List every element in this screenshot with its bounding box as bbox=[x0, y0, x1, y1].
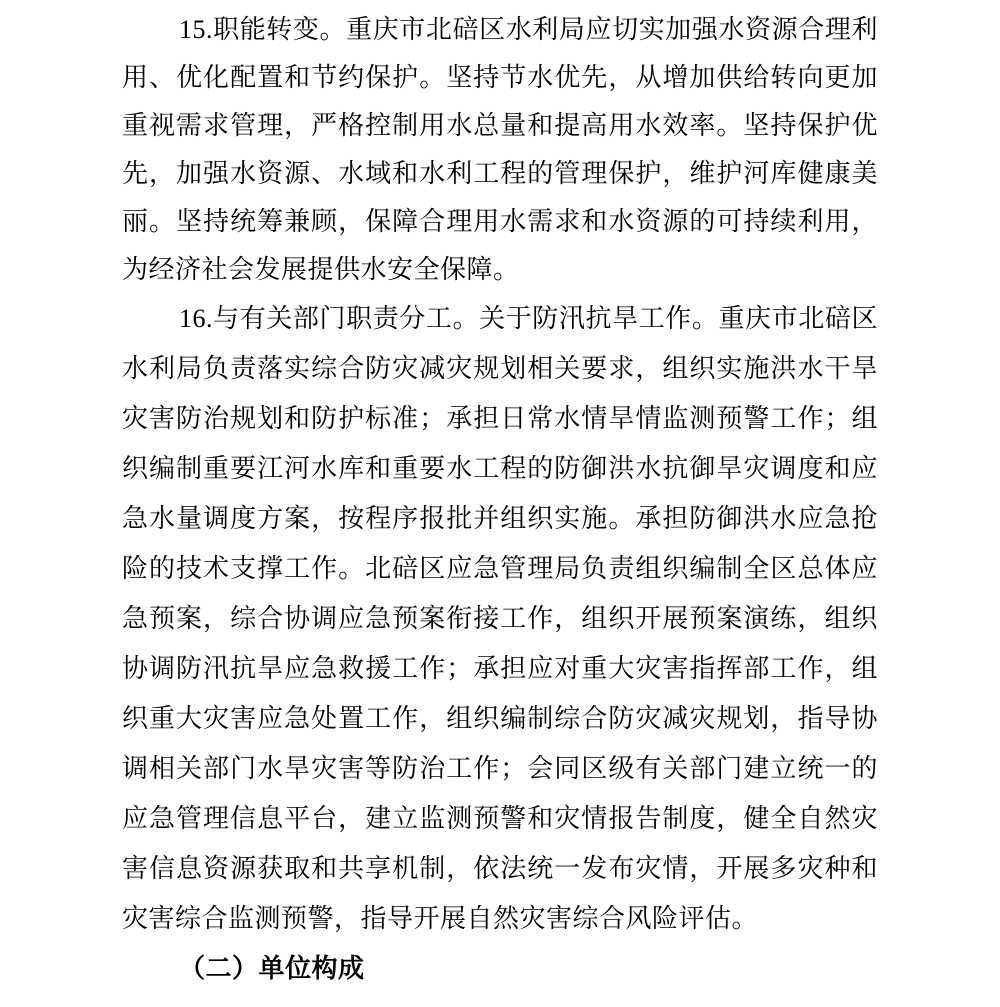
text-line: 用、优化配置和节约保护。坚持节水优先，从增加供给转向更加 bbox=[122, 54, 878, 102]
item-15-functional-transformation: 15.职能转变。重庆市北碚区水利局应切实加强水资源合理利用、优化配置和节约保护。… bbox=[122, 6, 878, 294]
text-line: 调相关部门水旱灾害等防治工作；会同区级有关部门建立统一的 bbox=[122, 744, 878, 794]
document-body: 15.职能转变。重庆市北碚区水利局应切实加强水资源合理利用、优化配置和节约保护。… bbox=[122, 0, 878, 994]
text-line: 织编制重要江河水库和重要水工程的防御洪水抗御旱灾调度和应 bbox=[122, 444, 878, 494]
text-line: 灾害综合监测预警，指导开展自然灾害综合风险评估。 bbox=[122, 894, 878, 944]
text-line: 织重大灾害应急处置工作，组织编制综合防灾减灾规划，指导协 bbox=[122, 694, 878, 744]
text-line: （二）单位构成 bbox=[122, 944, 878, 994]
text-line: 急预案，综合协调应急预案衔接工作，组织开展预案演练，组织 bbox=[122, 594, 878, 644]
text-line: 为经济社会发展提供水安全保障。 bbox=[122, 246, 878, 294]
text-line: 害信息资源获取和共享机制，依法统一发布灾情，开展多灾种和 bbox=[122, 844, 878, 894]
text-line: 险的技术支撑工作。北碚区应急管理局负责组织编制全区总体应 bbox=[122, 544, 878, 594]
text-line: 15.职能转变。重庆市北碚区水利局应切实加强水资源合理利 bbox=[122, 6, 878, 54]
text-line: 水利局负责落实综合防灾减灾规划相关要求，组织实施洪水干旱 bbox=[122, 344, 878, 394]
item-16-division-of-duties: 16.与有关部门职责分工。关于防汛抗旱工作。重庆市北碚区水利局负责落实综合防灾减… bbox=[122, 294, 878, 944]
text-line: 应急管理信息平台，建立监测预警和灾情报告制度，健全自然灾 bbox=[122, 794, 878, 844]
text-line: 协调防汛抗旱应急救援工作；承担应对重大灾害指挥部工作，组 bbox=[122, 644, 878, 694]
text-line: 先，加强水资源、水域和水利工程的管理保护，维护河库健康美 bbox=[122, 150, 878, 198]
text-line: 灾害防治规划和防护标准；承担日常水情旱情监测预警工作；组 bbox=[122, 394, 878, 444]
text-line: 急水量调度方案，按程序报批并组织实施。承担防御洪水应急抢 bbox=[122, 494, 878, 544]
section-heading-2-unit-composition: （二）单位构成 bbox=[122, 944, 878, 994]
text-line: 丽。坚持统筹兼顾，保障合理用水需求和水资源的可持续利用， bbox=[122, 198, 878, 246]
document-page: 15.职能转变。重庆市北碚区水利局应切实加强水资源合理利用、优化配置和节约保护。… bbox=[0, 0, 1000, 1007]
text-line: 重视需求管理，严格控制用水总量和提高用水效率。坚持保护优 bbox=[122, 102, 878, 150]
text-line: 16.与有关部门职责分工。关于防汛抗旱工作。重庆市北碚区 bbox=[122, 294, 878, 344]
